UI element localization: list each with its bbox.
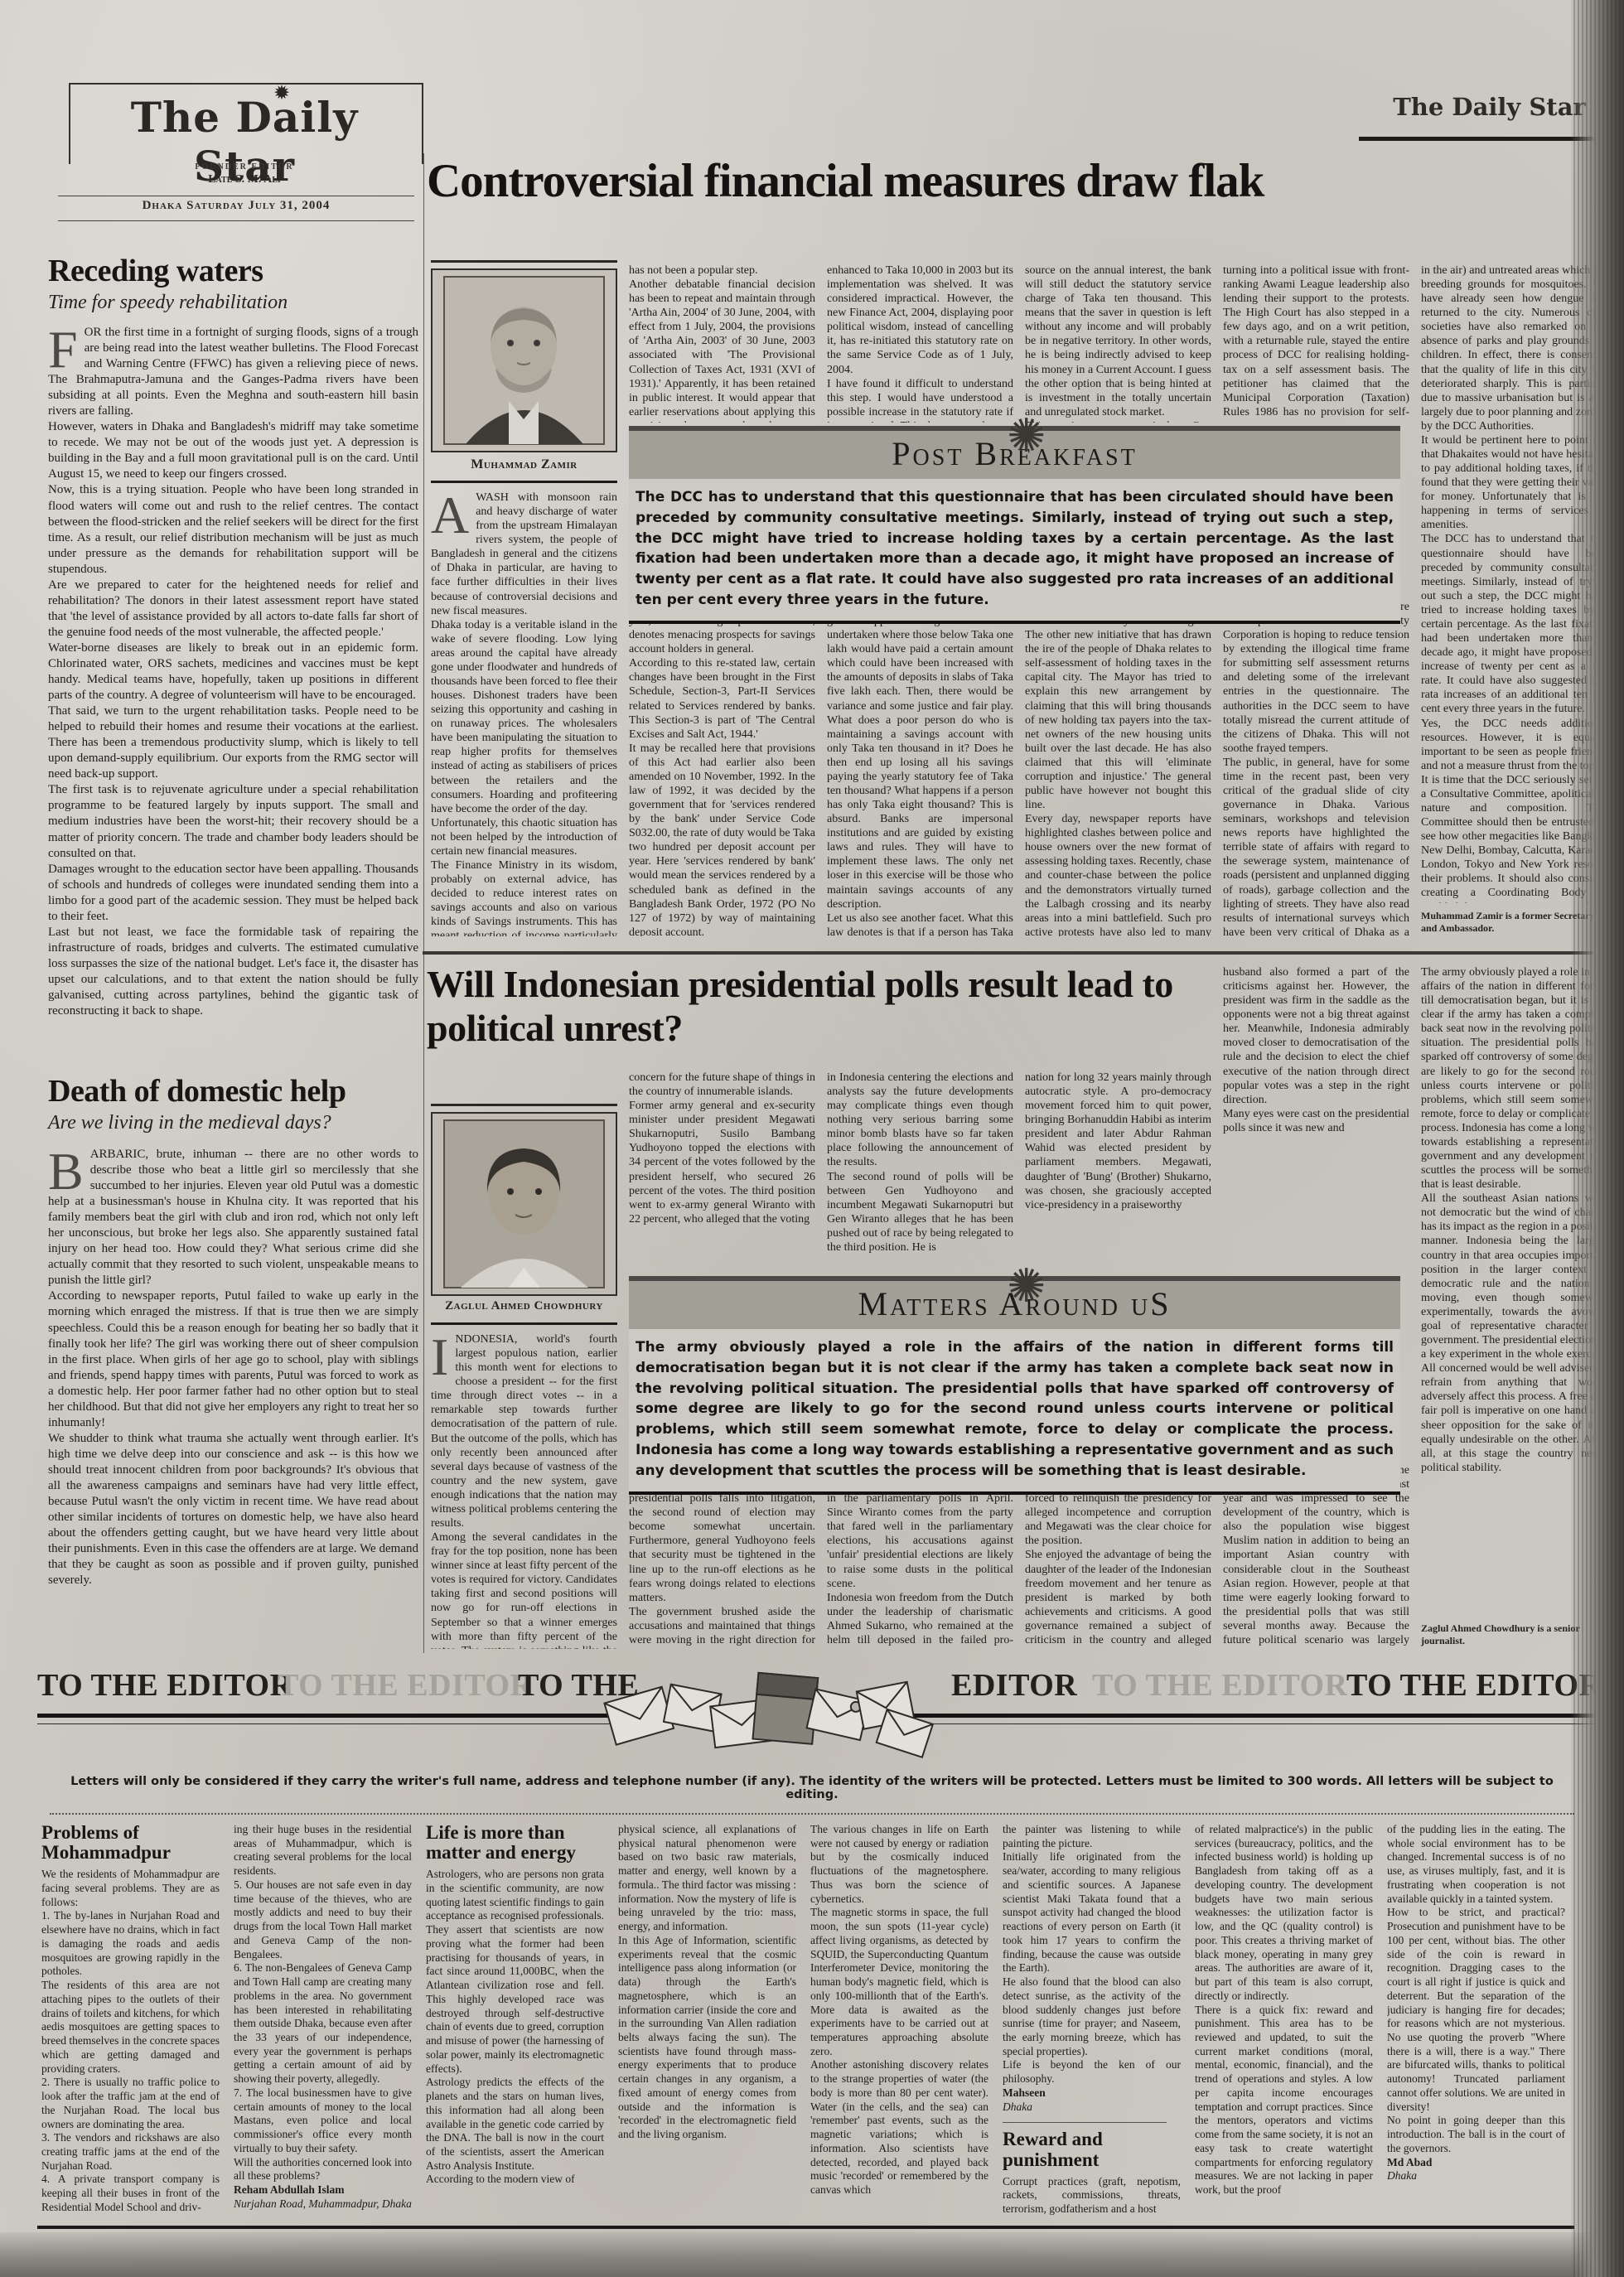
column-text: NDONESIA, world's fourth largest populou…	[431, 1333, 617, 1649]
letter-text: Corrupt practices (graft, nepotism, rack…	[1003, 2175, 1181, 2215]
dropcap: F	[48, 325, 85, 370]
article-column: promulgating such an exercise. There are…	[1223, 600, 1409, 936]
pull-quote-banner: ✺ Post Breakfast	[629, 426, 1400, 479]
rule	[431, 1322, 617, 1325]
editorial-title: Death of domestic help	[48, 1073, 421, 1109]
letter-text: of related malpractice's) in the public …	[1195, 1823, 1373, 2196]
editorial-title: Receding waters	[48, 253, 421, 289]
article-column: nation for long 32 years mainly through …	[1025, 1071, 1211, 1273]
letter-heading: Problems of Mohammadpur	[41, 1823, 220, 1863]
dropcap: B	[48, 1147, 90, 1192]
editorial-subtitle: Time for speedy rehabilitation	[48, 292, 421, 314]
pull-quote-matters-around-us: ✺ Matters Around uS The army obviously p…	[629, 1276, 1400, 1495]
rule	[431, 481, 617, 483]
editorial-subtitle: Are we living in the medieval days?	[48, 1112, 421, 1134]
column-text: nation for long 32 years mainly through …	[1025, 1071, 1211, 1211]
pull-quote-text: The army obviously played a role in the …	[629, 1329, 1400, 1491]
column-text: source on the annual interest, the bank …	[1025, 264, 1211, 423]
article-column: husband also formed a part of the critic…	[1223, 965, 1409, 1273]
author-photo	[431, 1112, 617, 1296]
letter-signature-location: Nurjahan Road, Muhammadpur, Dhaka	[234, 2197, 412, 2210]
column-text: provision which was not enforced last ye…	[629, 601, 815, 936]
article-column: provision which was not enforced last ye…	[629, 600, 815, 936]
dotted-rule	[50, 1813, 1574, 1815]
column-divider	[423, 153, 424, 1653]
letter-text: We the residents of Mohammadpur are faci…	[41, 1868, 220, 2213]
column-text: will revise this latest amendment and wi…	[1025, 601, 1211, 936]
letter-text: of the pudding lies in the eating. The w…	[1387, 1823, 1565, 2154]
article-column: enhanced to Taka 10,000 in 2003 but its …	[827, 263, 1013, 423]
rule	[431, 260, 617, 263]
column-text: promulgating such an exercise. There are…	[1223, 601, 1409, 936]
article-column: source on the annual interest, the bank …	[1025, 263, 1211, 423]
banner-word: TO THE EDITOR	[1346, 1667, 1602, 1704]
rule	[423, 951, 1607, 955]
newspaper-page: The Daily Star ✹ FOUNDER EDITOR Late S. …	[0, 0, 1624, 2277]
starburst-icon: ✺	[1007, 1259, 1046, 1313]
letter-signature: Mahseen	[1003, 2086, 1046, 2099]
rule	[431, 1104, 617, 1106]
author-photo	[431, 268, 617, 452]
author-byline: Muhammad Zamir	[431, 457, 617, 472]
column-text: has not been a popular step. Another deb…	[629, 264, 815, 423]
letter-column: Problems of Mohammadpur We the residents…	[41, 1823, 220, 2222]
starburst-icon: ✺	[1007, 409, 1046, 463]
article-column: servicing of such a deposit account. A g…	[827, 600, 1013, 936]
letter-signature: Reham Abdullah Islam	[234, 2183, 345, 2196]
dropcap: I	[431, 1332, 455, 1378]
pull-quote-text: The DCC has to understand that this ques…	[629, 479, 1400, 621]
letter-text: the painter was listening to while paint…	[1003, 1823, 1181, 2085]
letter-signature-location: Dhaka	[1003, 2101, 1032, 2113]
portrait-zaglul-ahmed-chowdhury	[433, 1114, 616, 1294]
rule	[37, 2226, 1574, 2229]
author-byline: Zaglul Ahmed Chowdhury	[431, 1299, 617, 1313]
letter-signature: Md Abad	[1387, 2156, 1432, 2168]
letter-column: of related malpractice's) in the public …	[1195, 1823, 1373, 2222]
letter-heading: Life is more than matter and energy	[426, 1823, 604, 1863]
article-column: INDONESIA, world's fourth largest populo…	[431, 1332, 617, 1649]
letter-column: Life is more than matter and energy Astr…	[426, 1823, 604, 2222]
column-text: turning into a political issue with fron…	[1223, 264, 1409, 423]
letter-column: The various changes in life on Earth wer…	[810, 1823, 988, 2222]
founder-label: FOUNDER EDITOR	[79, 162, 410, 172]
dateline: Dhaka Saturday July 31, 2004	[58, 199, 414, 213]
banner-word: TO THE EDITOR	[278, 1667, 534, 1704]
letter-column: of the pudding lies in the eating. The w…	[1387, 1823, 1565, 2222]
dropcap: A	[431, 491, 476, 536]
envelopes-illustration	[580, 1657, 945, 1786]
article-column: has not been a popular step. Another deb…	[629, 263, 815, 423]
editorial-body: BARBARIC, brute, inhuman -- there are no…	[48, 1147, 418, 1651]
article-column: turning into a political issue with fron…	[1223, 263, 1409, 423]
pull-quote-banner: ✺ Matters Around uS	[629, 1276, 1400, 1329]
column-text: servicing of such a deposit account. A g…	[827, 601, 1013, 936]
article-headline: Will Indonesian presidential polls resul…	[427, 963, 1214, 1051]
banner-word: TO THE EDITOR	[37, 1667, 293, 1704]
letter-text: ing their huge buses in the residential …	[234, 1823, 412, 2182]
letter-column: ing their huge buses in the residential …	[234, 1823, 412, 2222]
letter-text: physical science, all explanations of ph…	[618, 1823, 796, 2140]
column-text: husband also formed a part of the critic…	[1223, 966, 1409, 1134]
banner-word: EDITOR	[951, 1667, 1077, 1704]
portrait-muhammad-zamir	[433, 270, 616, 451]
article-column: concern for the future shape of things i…	[629, 1071, 815, 1273]
letter-text: Astrologers, who are persons non grata i…	[426, 1868, 604, 2185]
article-column: in Indonesia centering the elections and…	[827, 1071, 1013, 1273]
letter-column: the painter was listening to while paint…	[1003, 1823, 1181, 2222]
rule	[58, 220, 414, 221]
article-column: AWASH with monsoon rain and heavy discha…	[431, 491, 617, 936]
founder-name: Late S. M. Ali	[79, 173, 410, 186]
column-text: in Indonesia centering the elections and…	[827, 1071, 1013, 1254]
column-text: concern for the future shape of things i…	[629, 1071, 815, 1226]
letter-text: The various changes in life on Earth wer…	[810, 1823, 988, 2196]
letter-signature-location: Dhaka	[1387, 2169, 1417, 2182]
article-headline: Controversial financial measures draw fl…	[427, 154, 1404, 208]
letter-column: physical science, all explanations of ph…	[618, 1823, 796, 2222]
column-text: WASH with monsoon rain and heavy dischar…	[431, 491, 617, 936]
banner-word: TO THE EDITOR	[1092, 1667, 1348, 1704]
article-column: will revise this latest amendment and wi…	[1025, 600, 1211, 936]
starburst-icon: ✹	[273, 81, 290, 105]
page-edge-bottom	[0, 2232, 1624, 2277]
letter-heading: Reward and punishment	[1003, 2130, 1181, 2169]
letter-separator	[1003, 2122, 1167, 2123]
page-edge-right	[1571, 0, 1624, 2277]
editorial-body: FOR the first time in a fortnight of sur…	[48, 325, 418, 1066]
column-text: enhanced to Taka 10,000 in 2003 but its …	[827, 264, 1013, 423]
pull-quote-post-breakfast: ✺ Post Breakfast The DCC has to understa…	[629, 426, 1400, 624]
rule	[58, 196, 414, 196]
editorial-text: OR the first time in a fortnight of surg…	[48, 326, 418, 1018]
editorial-text: ARBARIC, brute, inhuman -- there are no …	[48, 1148, 418, 1587]
